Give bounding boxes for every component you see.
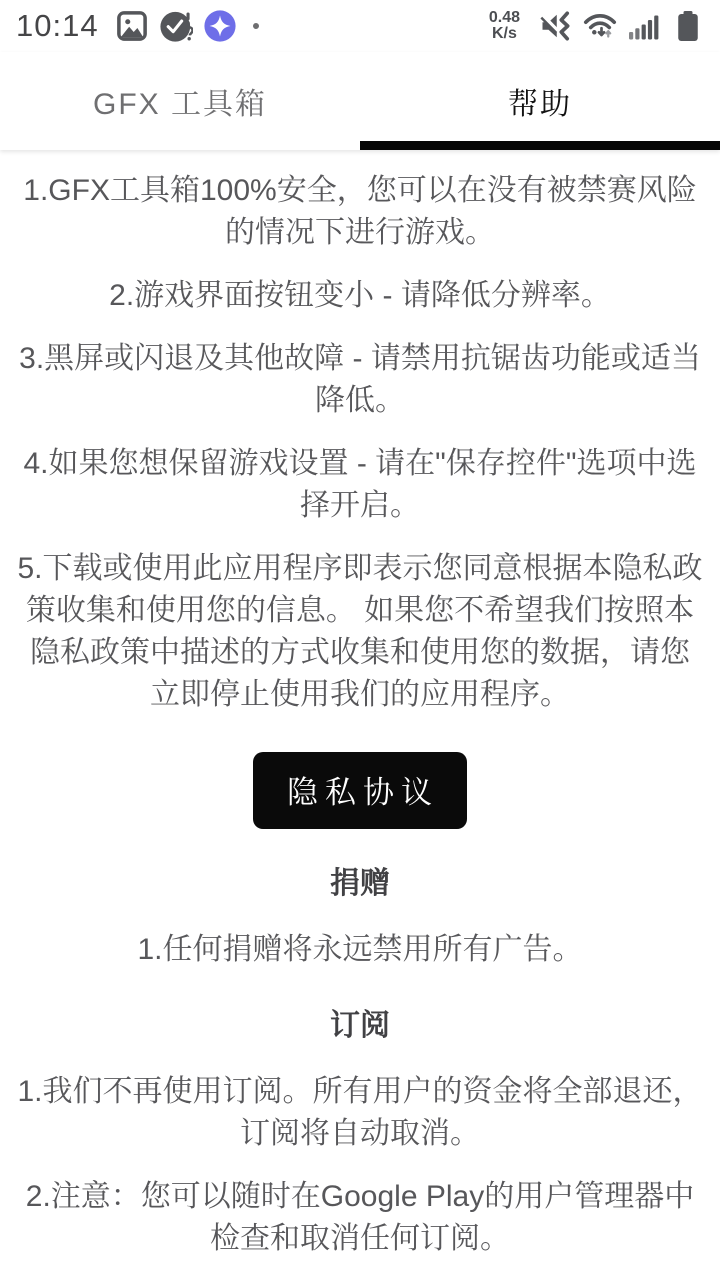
check-circle-icon bbox=[159, 9, 193, 43]
help-content: 1.GFX工具箱100%安全，您可以在没有被禁赛风险的情况下进行游戏。 2.游戏… bbox=[0, 150, 720, 1260]
subscription-heading: 订阅 bbox=[16, 1005, 704, 1047]
tab-help[interactable]: 帮助 bbox=[360, 52, 720, 150]
mute-vibrate-icon bbox=[538, 8, 574, 44]
help-paragraph-1: 1.GFX工具箱100%安全，您可以在没有被禁赛风险的情况下进行游戏。 bbox=[16, 170, 704, 254]
tab-gfx-toolbox[interactable]: GFX 工具箱 bbox=[0, 52, 360, 150]
privacy-policy-button[interactable]: 隐私协议 bbox=[253, 752, 467, 829]
help-paragraph-4: 4.如果您想保留游戏设置 - 请在"保存控件"选项中选择开启。 bbox=[16, 443, 704, 527]
donation-paragraph-1: 1.任何捐赠将永远禁用所有广告。 bbox=[16, 929, 704, 971]
subscription-paragraph-2: 2.注意：您可以随时在Google Play的用户管理器中检查和取消任何订阅。 bbox=[16, 1176, 704, 1260]
network-speed-unit: K/s bbox=[489, 26, 520, 42]
tab-help-label: 帮助 bbox=[508, 79, 572, 123]
help-paragraph-2: 2.游戏界面按钮变小 - 请降低分辨率。 bbox=[16, 275, 704, 317]
signal-icon bbox=[626, 8, 662, 44]
clock: 10:14 bbox=[16, 8, 99, 44]
status-bar-right: 0.48 K/s bbox=[489, 8, 706, 44]
help-paragraph-5: 5.下载或使用此应用程序即表示您同意根据本隐私政策收集和使用您的信息。 如果您不… bbox=[16, 548, 704, 716]
battery-icon bbox=[670, 8, 706, 44]
sparkle-icon bbox=[203, 9, 237, 43]
help-paragraph-3: 3.黑屏或闪退及其他故障 - 请禁用抗锯齿功能或适当降低。 bbox=[16, 338, 704, 422]
more-notifications-dot bbox=[253, 23, 259, 29]
gallery-icon bbox=[115, 9, 149, 43]
status-bar-left: 10:14 bbox=[16, 8, 259, 44]
tab-gfx-toolbox-label: GFX 工具箱 bbox=[93, 79, 267, 123]
network-speed: 0.48 K/s bbox=[489, 10, 520, 42]
status-bar: 10:14 0.48 K/s bbox=[0, 0, 720, 52]
network-speed-value: 0.48 bbox=[489, 10, 520, 26]
tab-bar: GFX 工具箱 帮助 bbox=[0, 52, 720, 150]
donation-heading: 捐赠 bbox=[16, 863, 704, 905]
wifi-icon bbox=[582, 8, 618, 44]
subscription-paragraph-1: 1.我们不再使用订阅。所有用户的资金将全部退还，订阅将自动取消。 bbox=[16, 1071, 704, 1155]
